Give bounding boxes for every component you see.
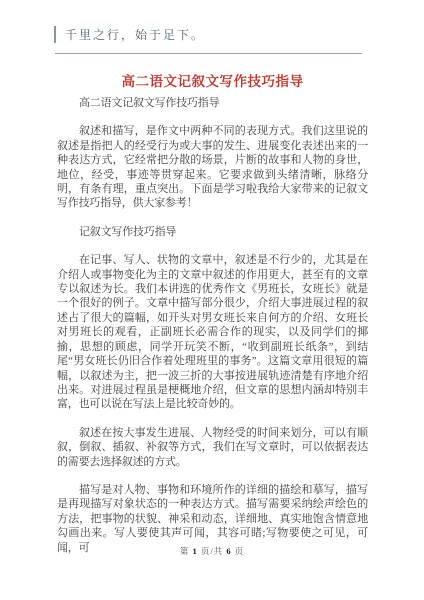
document-page: 千里之行，始于足下。 高二语文记叙文写作技巧指导 高二语文记叙文写作技巧指导 叙… (0, 0, 424, 600)
footer-prefix: 第 (180, 546, 190, 556)
document-body: 高二语文记叙文写作技巧指导 叙述和描写，是作文中两种不同的表现方式。我们这里说的… (57, 96, 368, 569)
intro-paragraph: 叙述和描写，是作文中两种不同的表现方式。我们这里说的叙述是指把人的经受行为或大事… (57, 124, 368, 210)
page-number-footer: 第 1 页/共 6 页 (0, 545, 424, 557)
motto-text: 千里之行，始于足下。 (65, 26, 205, 43)
header-motto: 千里之行，始于足下。 (54, 26, 205, 43)
section-heading: 记叙文写作技巧指导 (57, 225, 368, 239)
subtitle-line: 高二语文记叙文写作技巧指导 (57, 96, 368, 110)
motto-accent-bar (54, 26, 56, 43)
footer-current-page: 1 (192, 546, 197, 556)
header-divider (55, 53, 362, 54)
footer-total-pages: 6 (226, 546, 231, 556)
footer-suffix: 页 (235, 546, 245, 556)
document-title: 高二语文记叙文写作技巧指导 (57, 70, 368, 90)
body-paragraph: 在记事、写人、状物的文章中，叙述是不行少的，尤其是在介绍人或事物变化为主的文章中… (57, 253, 368, 411)
body-paragraph: 叙述在按大事发生进展、人物经受的时间来划分，可以有顺叙，倒叙、插叙、补叙等方式，… (57, 426, 368, 469)
footer-separator: 页/共 (201, 546, 223, 556)
